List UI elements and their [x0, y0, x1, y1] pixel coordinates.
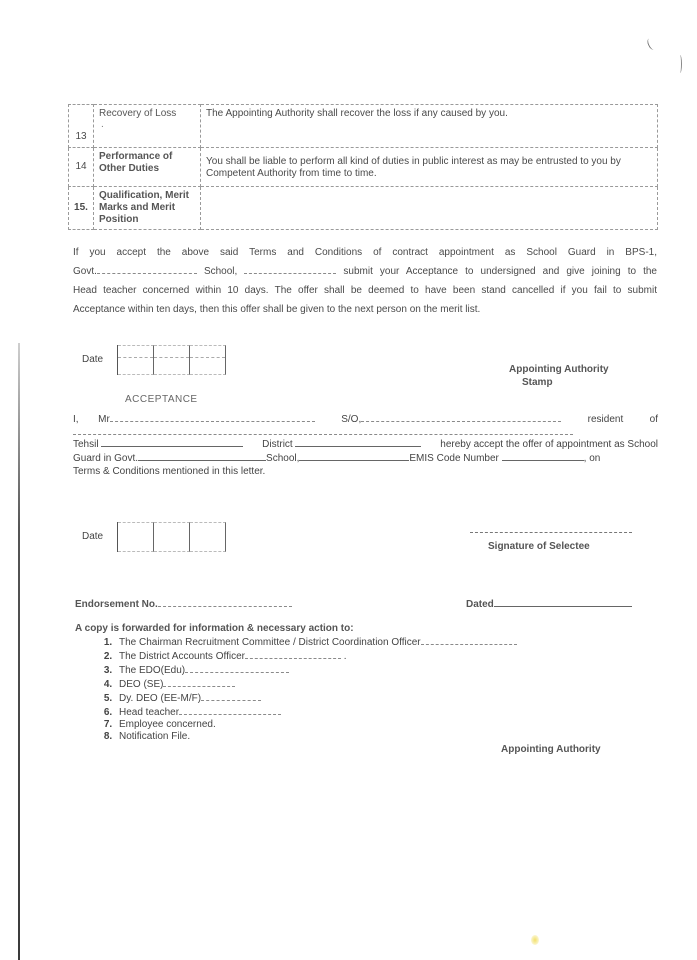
- school-location-blank[interactable]: [244, 264, 336, 274]
- table-row: 14 Performance of Other Duties You shall…: [69, 148, 658, 187]
- head-teacher-blank[interactable]: [179, 705, 281, 715]
- date-cell-year[interactable]: [190, 345, 226, 375]
- guard-label: Guard in Govt.: [73, 453, 138, 464]
- acceptance-row-5: Terms & Conditions mentioned in this let…: [73, 465, 658, 478]
- of-label: of: [650, 413, 658, 426]
- date-cell-month[interactable]: [154, 522, 190, 552]
- school-address-blank[interactable]: [299, 451, 409, 461]
- dy-deo-blank[interactable]: [201, 691, 261, 701]
- dao-blank[interactable]: [245, 649, 341, 659]
- tehsil-group: Tehsil: [73, 437, 243, 451]
- dated-label: Dated: [466, 599, 494, 610]
- acceptance-row-2: [73, 426, 658, 437]
- list-item: The District Accounts Officer .: [115, 649, 517, 663]
- i-label: I,: [73, 414, 79, 425]
- date-cell-day[interactable]: [118, 345, 154, 375]
- father-group: S/O,: [341, 412, 561, 426]
- scan-stain: [531, 935, 539, 945]
- list-item-text: Employee concerned.: [119, 719, 216, 730]
- offer-line: Govt. School, submit your Acceptance to …: [73, 262, 657, 281]
- table-row: 13 Recovery of Loss . The Appointing Aut…: [69, 105, 658, 148]
- school-label: School,: [204, 266, 237, 277]
- acceptance-heading: ACCEPTANCE: [125, 394, 198, 406]
- dated-field: Dated: [466, 597, 632, 611]
- row-number: 13: [69, 105, 94, 148]
- date-label: Date: [82, 531, 103, 542]
- row-text: You shall be liable to perform all kind …: [201, 148, 658, 187]
- acceptance-form: I, Mr S/O, resident of Tehsil District h…: [73, 412, 658, 478]
- signature-line[interactable]: [470, 532, 632, 533]
- copy-forward-list: The Chairman Recruitment Committee / Dis…: [75, 635, 517, 743]
- list-item: DEO (SE): [115, 677, 517, 691]
- edo-blank[interactable]: [185, 663, 289, 673]
- stray-dot: .: [101, 120, 195, 130]
- copy-forward-heading: A copy is forwarded for information & ne…: [75, 623, 517, 635]
- list-item: Employee concerned.: [115, 719, 517, 731]
- row-label: Recovery of Loss .: [94, 105, 201, 148]
- govt-school-name-blank[interactable]: [138, 451, 266, 461]
- address-blank[interactable]: [73, 428, 573, 435]
- appointing-authority-signatory: Appointing Authority: [501, 744, 601, 756]
- name-blank[interactable]: [110, 412, 315, 422]
- dco-blank[interactable]: [421, 635, 517, 645]
- list-item-text: Dy. DEO (EE-M/F): [119, 693, 201, 704]
- govt-label: Govt.: [73, 266, 97, 277]
- offer-line: If you accept the above said Terms and C…: [73, 243, 657, 262]
- school-label: School,: [266, 453, 299, 464]
- date-label: Date: [82, 354, 103, 365]
- district-label: District: [262, 439, 293, 450]
- offer-line: Head teacher concerned within 10 days. T…: [73, 281, 657, 300]
- signature-label: Signature of Selectee: [488, 541, 590, 553]
- row-number: 15.: [69, 187, 94, 230]
- list-item-text: The EDO(Edu): [119, 665, 185, 676]
- father-name-blank[interactable]: [361, 412, 561, 422]
- date-box[interactable]: [117, 522, 226, 552]
- endorsement-field: Endorsement No.: [75, 597, 292, 611]
- list-item-text: The Chairman Recruitment Committee / Dis…: [119, 637, 421, 648]
- govt-school-group: Guard in Govt.School,EMIS Code Number , …: [73, 451, 600, 465]
- row-label: Qualification, Merit Marks and Merit Pos…: [94, 187, 201, 230]
- accept-text: hereby accept the offer of appointment a…: [440, 438, 658, 451]
- list-item: Head teacher: [115, 705, 517, 719]
- date-box[interactable]: [117, 345, 226, 375]
- emis-code-blank[interactable]: [502, 451, 584, 461]
- govt-school-blank[interactable]: [97, 264, 197, 274]
- copy-forward-section: A copy is forwarded for information & ne…: [75, 623, 517, 743]
- resident-label: resident: [588, 413, 624, 426]
- scan-mark: [646, 37, 657, 51]
- list-item-text: DEO (SE): [119, 679, 163, 690]
- acceptance-row-1: I, Mr S/O, resident of: [73, 412, 658, 426]
- row-number: 14: [69, 148, 94, 187]
- deo-blank[interactable]: [163, 677, 235, 687]
- date-cell-month[interactable]: [154, 345, 190, 375]
- district-blank[interactable]: [295, 437, 421, 447]
- list-item-text: The District Accounts Officer: [119, 651, 245, 662]
- acceptance-row-3: Tehsil District hereby accept the offer …: [73, 437, 658, 451]
- list-item: The EDO(Edu): [115, 663, 517, 677]
- list-item: Dy. DEO (EE-M/F): [115, 691, 517, 705]
- on-label: , on: [584, 453, 601, 464]
- row-text: [201, 187, 658, 230]
- list-item-text: Notification File.: [119, 731, 190, 742]
- scan-margin-line: [18, 343, 20, 960]
- list-item-text: Head teacher: [119, 707, 179, 718]
- offer-paragraph: If you accept the above said Terms and C…: [73, 243, 657, 319]
- endorsement-number-blank[interactable]: [158, 597, 292, 607]
- dated-blank[interactable]: [494, 597, 632, 607]
- list-item: Notification File.: [115, 731, 517, 743]
- authority-title: Appointing Authority: [509, 364, 609, 376]
- offer-text: submit your Acceptance to undersigned an…: [343, 266, 657, 277]
- acceptance-row-4: Guard in Govt.School,EMIS Code Number , …: [73, 451, 658, 465]
- mr-label: Mr: [98, 414, 110, 425]
- name-group: I, Mr: [73, 412, 315, 426]
- district-group: District: [262, 437, 421, 451]
- so-label: S/O,: [341, 414, 361, 425]
- endorsement-label: Endorsement No.: [75, 599, 158, 610]
- row-label-text: Recovery of Loss: [99, 108, 176, 119]
- list-item: The Chairman Recruitment Committee / Dis…: [115, 635, 517, 649]
- tehsil-blank[interactable]: [101, 437, 243, 447]
- terms-table: 13 Recovery of Loss . The Appointing Aut…: [68, 104, 658, 230]
- scan-mark: [678, 55, 682, 73]
- date-cell-day[interactable]: [118, 522, 154, 552]
- emis-label: EMIS Code Number: [409, 453, 498, 464]
- authority-stamp-label: Stamp: [522, 377, 553, 389]
- date-cell-year[interactable]: [190, 522, 226, 552]
- offer-line: Acceptance within ten days, then this of…: [73, 300, 657, 319]
- row-label: Performance of Other Duties: [94, 148, 201, 187]
- tehsil-label: Tehsil: [73, 439, 99, 450]
- row-text: The Appointing Authority shall recover t…: [201, 105, 658, 148]
- table-row: 15. Qualification, Merit Marks and Merit…: [69, 187, 658, 230]
